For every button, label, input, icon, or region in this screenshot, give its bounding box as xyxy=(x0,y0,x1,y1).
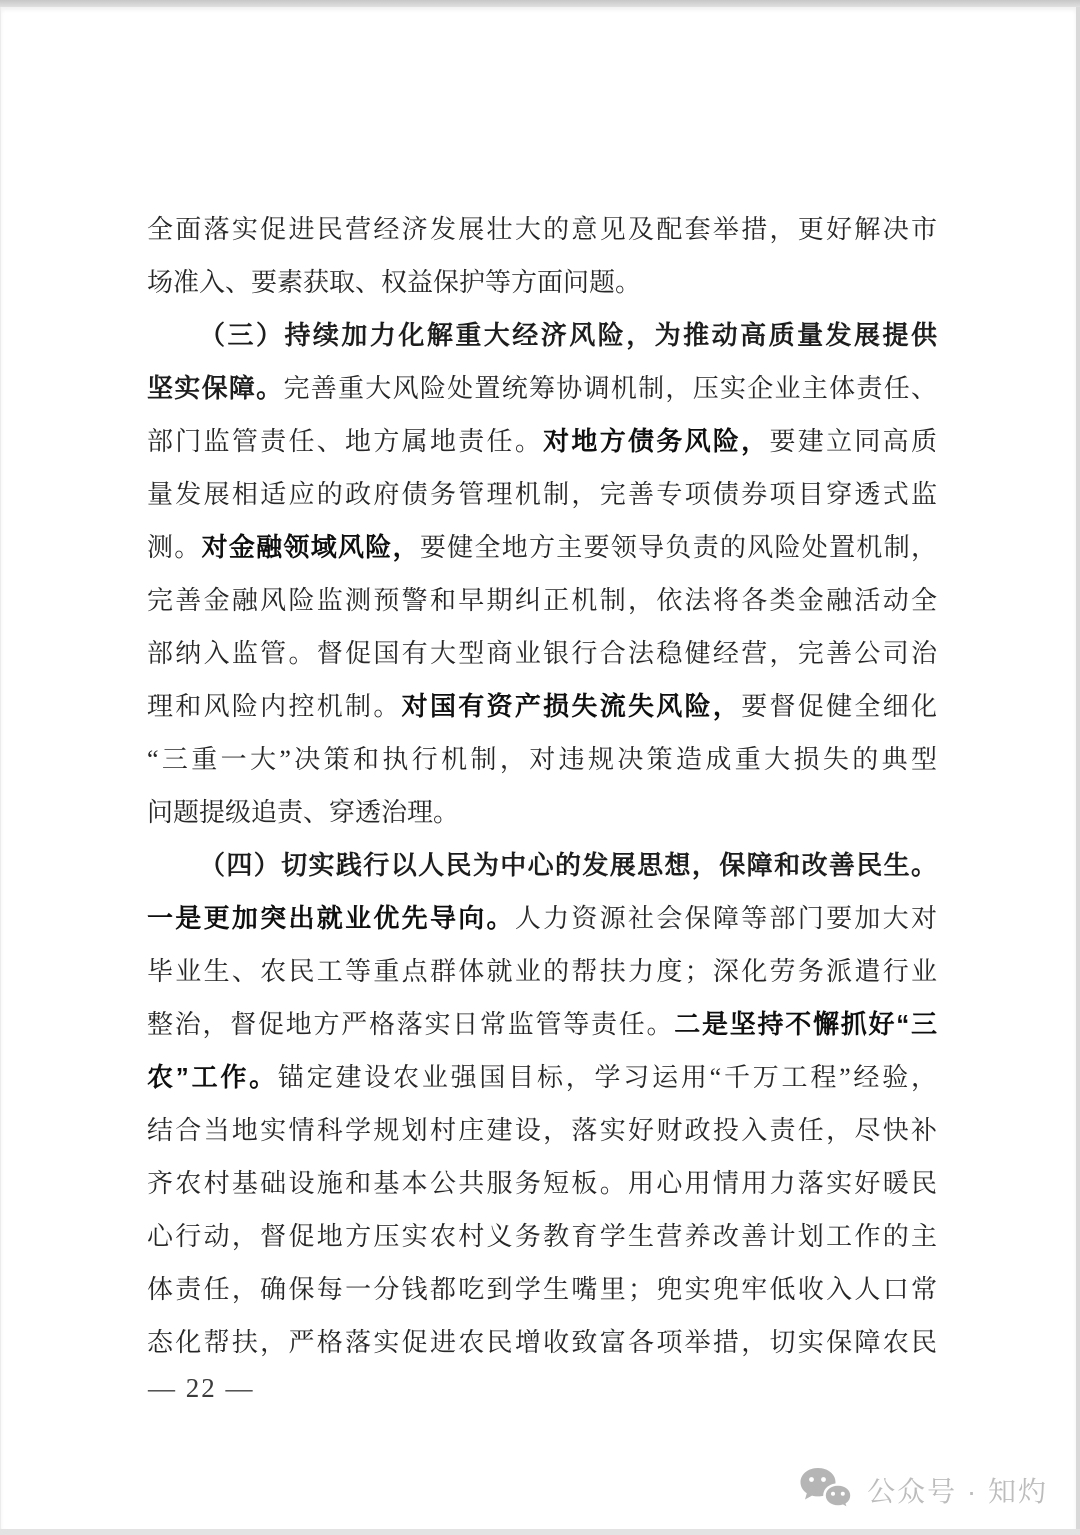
text-line: 整治，督促地方严格落实日常监管等责任。二是坚持不懈抓好“三 xyxy=(147,998,937,1051)
text-line: 完善金融风险监测预警和早期纠正机制，依法将各类金融活动全 xyxy=(147,574,937,627)
watermark: 公众号 · 知灼 xyxy=(797,1465,1048,1515)
text-run-body: 要督促健全细化 xyxy=(741,692,937,721)
scan-frame-bottom xyxy=(0,1529,1080,1535)
text-run-body: 体责任，确保每一分钱都吃到学生嘴里；兜实兜牢低收入人口常 xyxy=(147,1275,937,1304)
text-run-body: 要健全地方主要领导负责的风险处置机制， xyxy=(420,533,937,562)
text-line: 坚实保障。完善重大风险处置统筹协调机制，压实企业主体责任、 xyxy=(147,362,937,415)
text-run-body: 锚定建设农业强国目标，学习运用“千万工程”经验， xyxy=(278,1063,937,1092)
text-line: “三重一大”决策和执行机制，对违规决策造成重大损失的典型 xyxy=(147,733,937,786)
text-run-body: 结合当地实情科学规划村庄建设，落实好财政投入责任，尽快补 xyxy=(147,1116,937,1145)
text-line: 毕业生、农民工等重点群体就业的帮扶力度；深化劳务派遣行业 xyxy=(147,945,937,998)
watermark-text: 公众号 · 知灼 xyxy=(867,1470,1048,1510)
text-run-kai: 坚实保障。 xyxy=(147,374,283,403)
text-line: 部门监管责任、地方属地责任。对地方债务风险，要建立同高质 xyxy=(147,415,937,468)
text-line: 量发展相适应的政府债务管理机制，完善专项债券项目穿透式监 xyxy=(147,468,937,521)
text-line: （四）切实践行以人民为中心的发展思想，保障和改善民生。 xyxy=(147,839,937,892)
text-line: 心行动，督促地方压实农村义务教育学生营养改善计划工作的主 xyxy=(147,1210,937,1263)
text-run-bold: 一是更加突出就业优先导向。 xyxy=(147,903,515,933)
text-run-bold: 对国有资产损失流失风险， xyxy=(402,691,742,721)
text-line: 测。对金融领域风险，要健全地方主要领导负责的风险处置机制， xyxy=(147,521,937,574)
text-run-bold: 对地方债务风险， xyxy=(543,426,769,456)
text-line: 农”工作。锚定建设农业强国目标，学习运用“千万工程”经验， xyxy=(147,1051,937,1104)
text-run-bold: 农”工作。 xyxy=(147,1062,278,1092)
text-run-body: 理和风险内控机制。 xyxy=(147,692,402,721)
text-line: 态化帮扶，严格落实促进农民增收致富各项举措，切实保障农民 xyxy=(147,1316,937,1369)
text-run-body: 完善重大风险处置统筹协调机制，压实企业主体责任、 xyxy=(283,374,937,403)
document-body: 全面落实促进民营经济发展壮大的意见及配套举措，更好解决市场准入、要素获取、权益保… xyxy=(147,203,937,1369)
page-number: — 22 — xyxy=(148,1373,255,1404)
text-run-body: 态化帮扶，严格落实促进农民增收致富各项举措，切实保障农民 xyxy=(147,1328,937,1357)
text-line: 全面落实促进民营经济发展壮大的意见及配套举措，更好解决市 xyxy=(147,203,937,256)
scan-frame-top xyxy=(0,0,1080,7)
text-line: 部纳入监管。督促国有大型商业银行合法稳健经营，完善公司治 xyxy=(147,627,937,680)
wechat-icon xyxy=(797,1465,855,1515)
text-run-body: 量发展相适应的政府债务管理机制，完善专项债券项目穿透式监 xyxy=(147,480,937,509)
text-run-bold: 二是坚持不懈抓好“三 xyxy=(674,1009,937,1039)
text-run-body: 测。 xyxy=(147,533,202,562)
text-run-body: 齐农村基础设施和基本公共服务短板。用心用情用力落实好暖民 xyxy=(147,1169,937,1198)
document-page: 全面落实促进民营经济发展壮大的意见及配套举措，更好解决市场准入、要素获取、权益保… xyxy=(1,7,1076,1529)
text-line: 一是更加突出就业优先导向。人力资源社会保障等部门要加大对 xyxy=(147,892,937,945)
text-run-body: 部门监管责任、地方属地责任。 xyxy=(147,427,543,456)
text-line: 问题提级追责、穿透治理。 xyxy=(147,786,937,839)
text-line: 结合当地实情科学规划村庄建设，落实好财政投入责任，尽快补 xyxy=(147,1104,937,1157)
text-run-body: “三重一大”决策和执行机制，对违规决策造成重大损失的典型 xyxy=(147,745,937,774)
text-run-body: 部纳入监管。督促国有大型商业银行合法稳健经营，完善公司治 xyxy=(147,639,937,668)
text-run-kai: （四）切实践行以人民为中心的发展思想，保障和改善民生。 xyxy=(199,851,937,880)
text-run-body: 毕业生、农民工等重点群体就业的帮扶力度；深化劳务派遣行业 xyxy=(147,957,937,986)
text-line: （三）持续加力化解重大经济风险，为推动高质量发展提供 xyxy=(147,309,937,362)
text-line: 体责任，确保每一分钱都吃到学生嘴里；兜实兜牢低收入人口常 xyxy=(147,1263,937,1316)
text-run-body: 整治，督促地方严格落实日常监管等责任。 xyxy=(147,1010,674,1039)
text-run-body: 心行动，督促地方压实农村义务教育学生营养改善计划工作的主 xyxy=(147,1222,937,1251)
text-run-bold: 对金融领域风险， xyxy=(202,532,420,562)
text-line: 场准入、要素获取、权益保护等方面问题。 xyxy=(147,256,937,309)
text-run-body: 完善金融风险监测预警和早期纠正机制，依法将各类金融活动全 xyxy=(147,586,937,615)
scan-frame-right xyxy=(1076,7,1080,1529)
text-line: 理和风险内控机制。对国有资产损失流失风险，要督促健全细化 xyxy=(147,680,937,733)
text-run-body: 要建立同高质 xyxy=(769,427,936,456)
text-run-kai: （三）持续加力化解重大经济风险，为推动高质量发展提供 xyxy=(199,321,937,350)
text-run-body: 问题提级追责、穿透治理。 xyxy=(147,798,459,827)
text-run-body: 场准入、要素获取、权益保护等方面问题。 xyxy=(147,268,641,297)
text-run-body: 全面落实促进民营经济发展壮大的意见及配套举措，更好解决市 xyxy=(147,215,937,244)
text-line: 齐农村基础设施和基本公共服务短板。用心用情用力落实好暖民 xyxy=(147,1157,937,1210)
scan-frame-left xyxy=(0,7,1,1529)
text-run-body: 人力资源社会保障等部门要加大对 xyxy=(515,904,937,933)
